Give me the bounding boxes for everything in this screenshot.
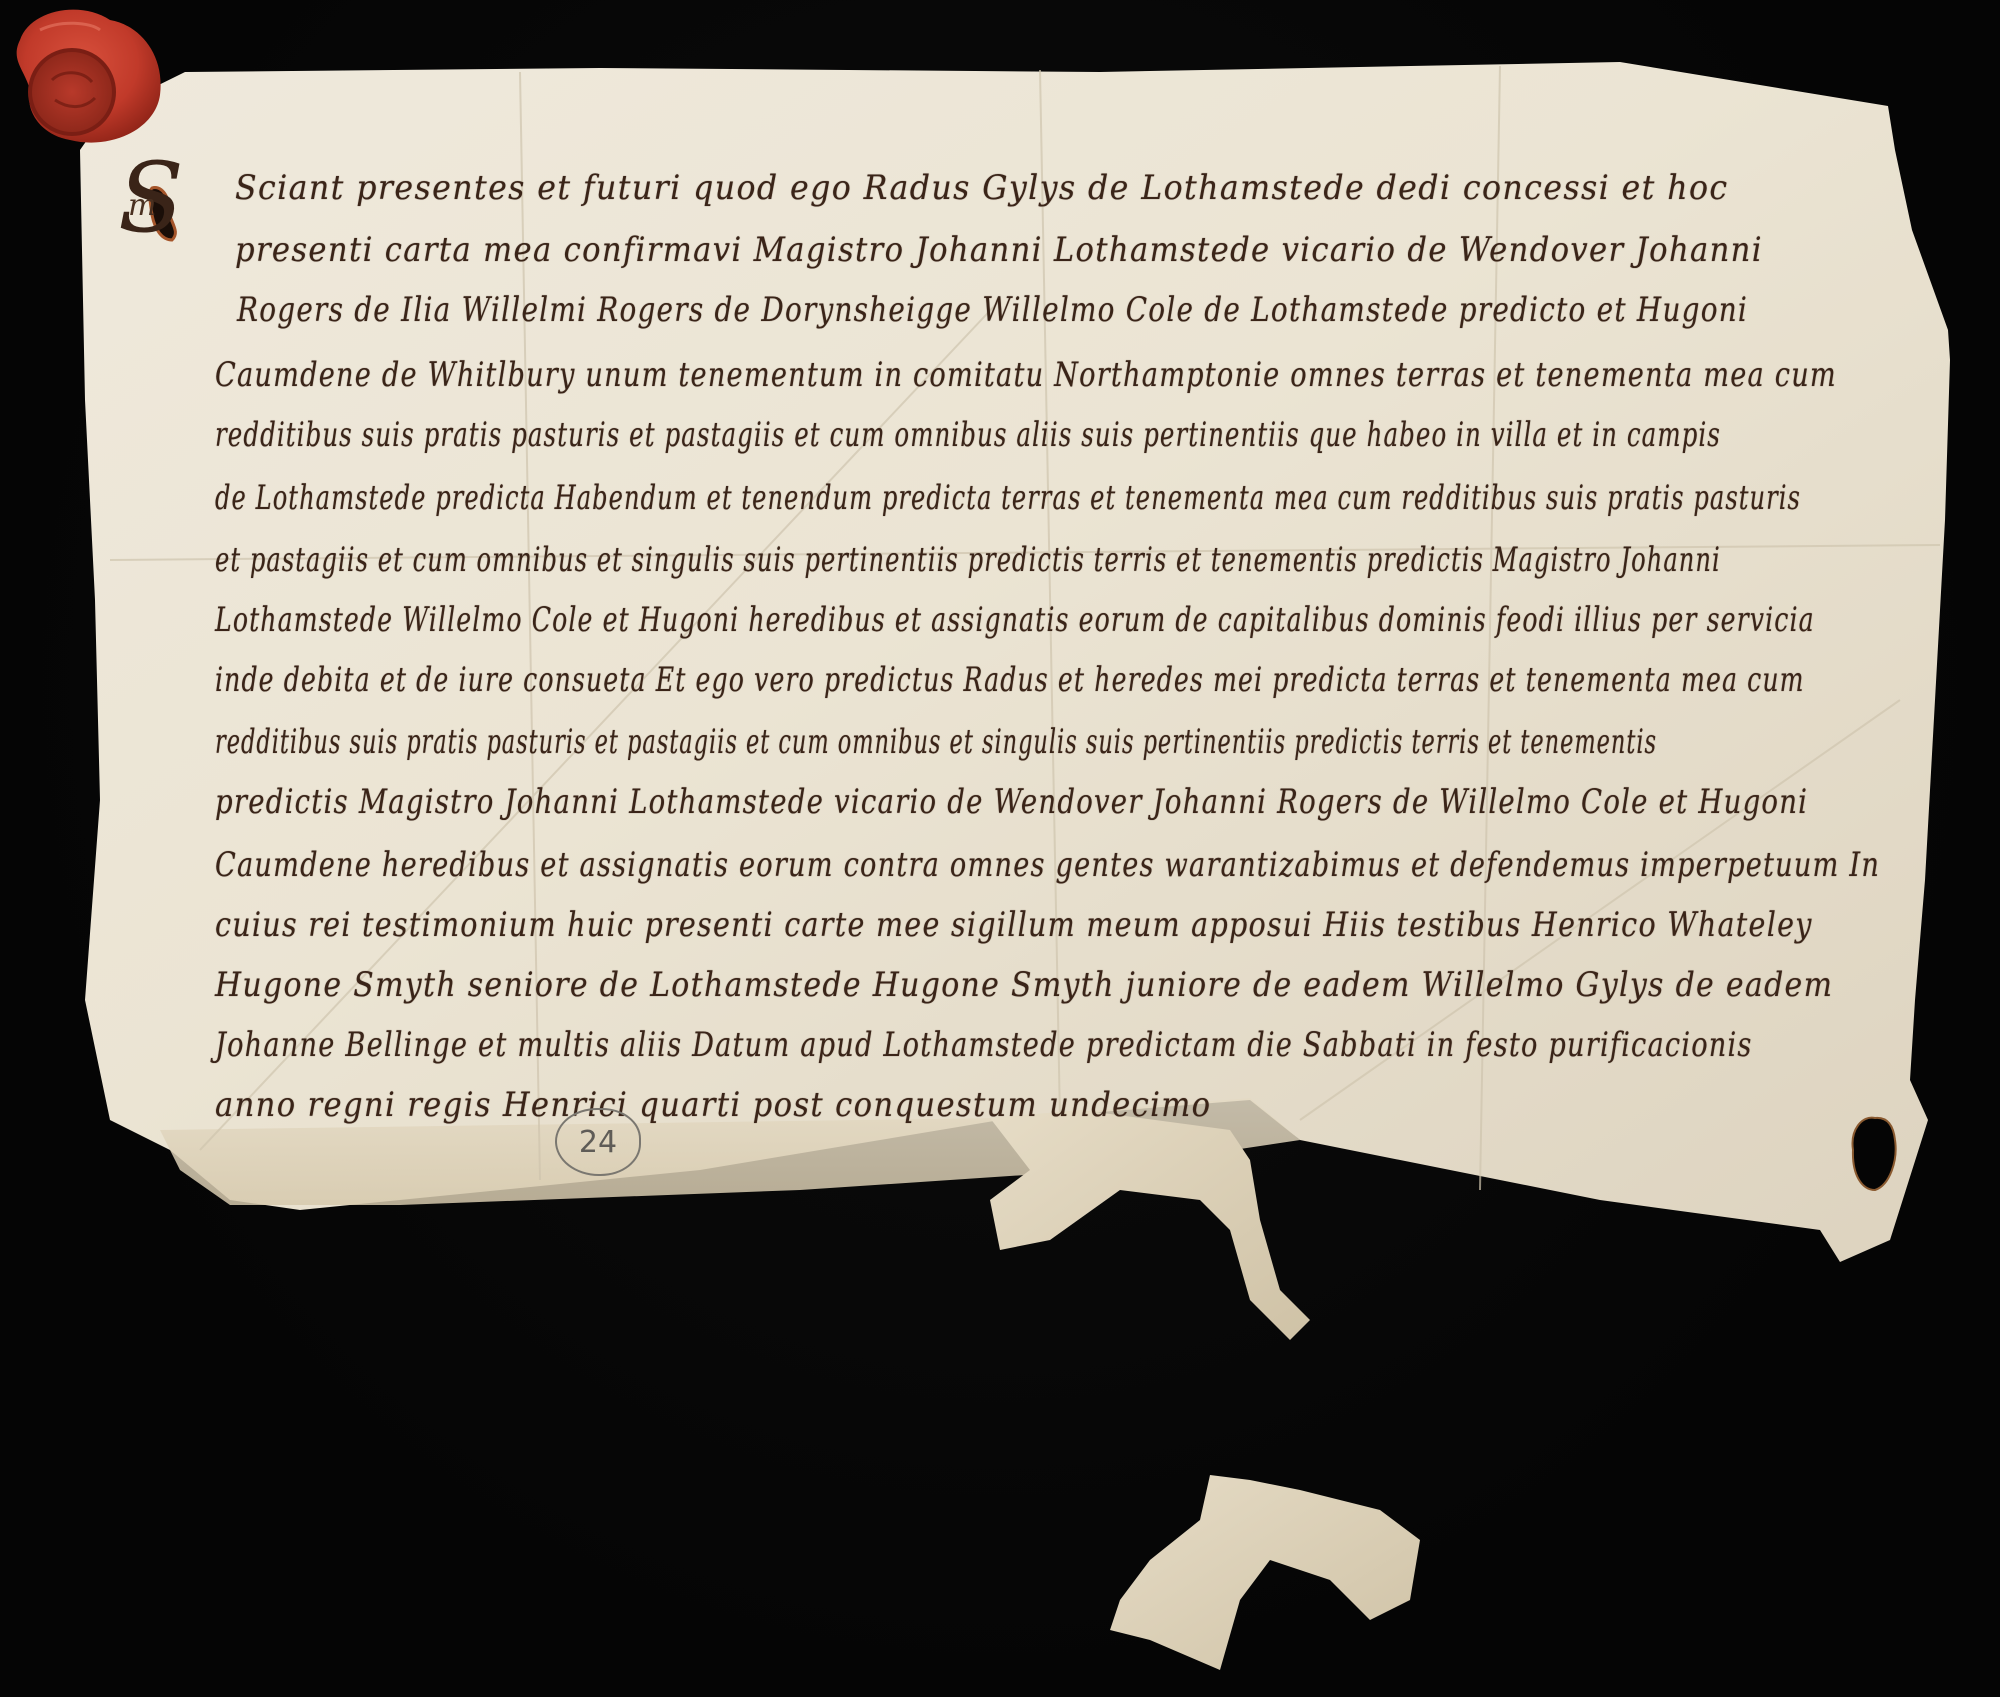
charter-line-15: Johanne Bellinge et multis aliis Datum a… (215, 1025, 1753, 1065)
wax-seal (0, 0, 170, 150)
charter-line-9: inde debita et de iure consueta Et ego v… (215, 660, 1805, 700)
charter-line-5: redditibus suis pratis pasturis et pasta… (215, 415, 1721, 455)
charter-line-13: cuius rei testimonium huic presenti cart… (215, 905, 1813, 945)
charter-line-16: anno regni regis Henrici quarti post con… (215, 1085, 1211, 1125)
charter-line-3: Rogers de Ilia Willelmi Rogers de Doryns… (237, 290, 1748, 330)
charter-line-1: Sciant presentes et futuri quod ego Radu… (235, 168, 1729, 208)
charter-line-14: Hugone Smyth seniore de Lothamstede Hugo… (215, 965, 1833, 1005)
parchment-charter: S m Sciant presentes et futuri quod ego … (0, 0, 2000, 1697)
charter-line-6: de Lothamstede predicta Habendum et tene… (215, 478, 1801, 518)
seal-tag-lower (1110, 1475, 1420, 1670)
charter-line-2: presenti carta mea confirmavi Magistro J… (235, 230, 1763, 270)
charter-line-7: et pastagiis et cum omnibus et singulis … (215, 540, 1721, 580)
charter-line-12: Caumdene heredibus et assignatis eorum c… (215, 845, 1880, 885)
charter-line-8: Lothamstede Willelmo Cole et Hugoni here… (215, 600, 1815, 640)
charter-line-11: predictis Magistro Johanni Lothamstede v… (215, 782, 1808, 822)
margin-mark: m (128, 188, 156, 223)
archive-number-label: 24 (555, 1108, 641, 1176)
charter-line-4: Caumdene de Whitlbury unum tenementum in… (215, 355, 1837, 395)
charter-line-10: redditibus suis pratis pasturis et pasta… (215, 722, 1657, 762)
